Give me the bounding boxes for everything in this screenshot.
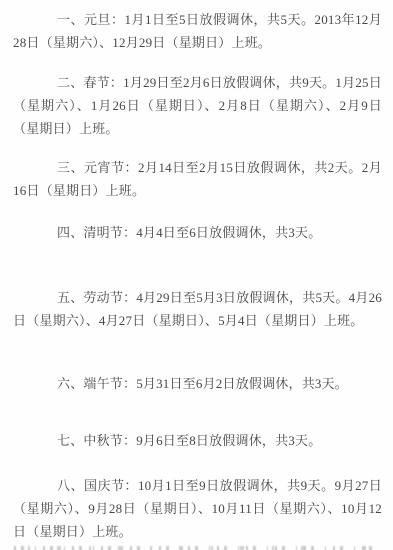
paragraph-qingming-festival: 四、清明节：4月4日至6日放假调休，共3天。	[13, 221, 382, 244]
paragraph-spring-festival: 二、春节：1月29日至2月6日放假调休，共9天。1月25日（星期六）、1月26日…	[13, 71, 382, 140]
holiday-schedule-document: 一、元旦：1月1日至5日放假调休，共5天。2013年12月28日（星期六）、12…	[0, 0, 393, 550]
paragraph-dragon-boat-festival: 六、端午节：5月31日至6月2日放假调休，共3天。	[13, 372, 382, 395]
clipped-bottom-text-line	[14, 546, 382, 550]
paragraph-labor-day: 五、劳动节：4月29日至5月3日放假调休，共5天。4月26日（星期六）、4月27…	[13, 286, 382, 332]
paragraph-new-year: 一、元旦：1月1日至5日放假调休，共5天。2013年12月28日（星期六）、12…	[13, 8, 382, 54]
paragraph-lantern-festival: 三、元宵节：2月14日至2月15日放假调休，共2天。2月16日（星期日）上班。	[13, 156, 382, 202]
paragraph-national-day: 八、国庆节：10月1日至9日放假调休，共9天。9月27日（星期六）、9月28日（…	[13, 474, 382, 543]
paragraph-mid-autumn-festival: 七、中秋节：9月6日至8日放假调休，共3天。	[13, 429, 382, 452]
